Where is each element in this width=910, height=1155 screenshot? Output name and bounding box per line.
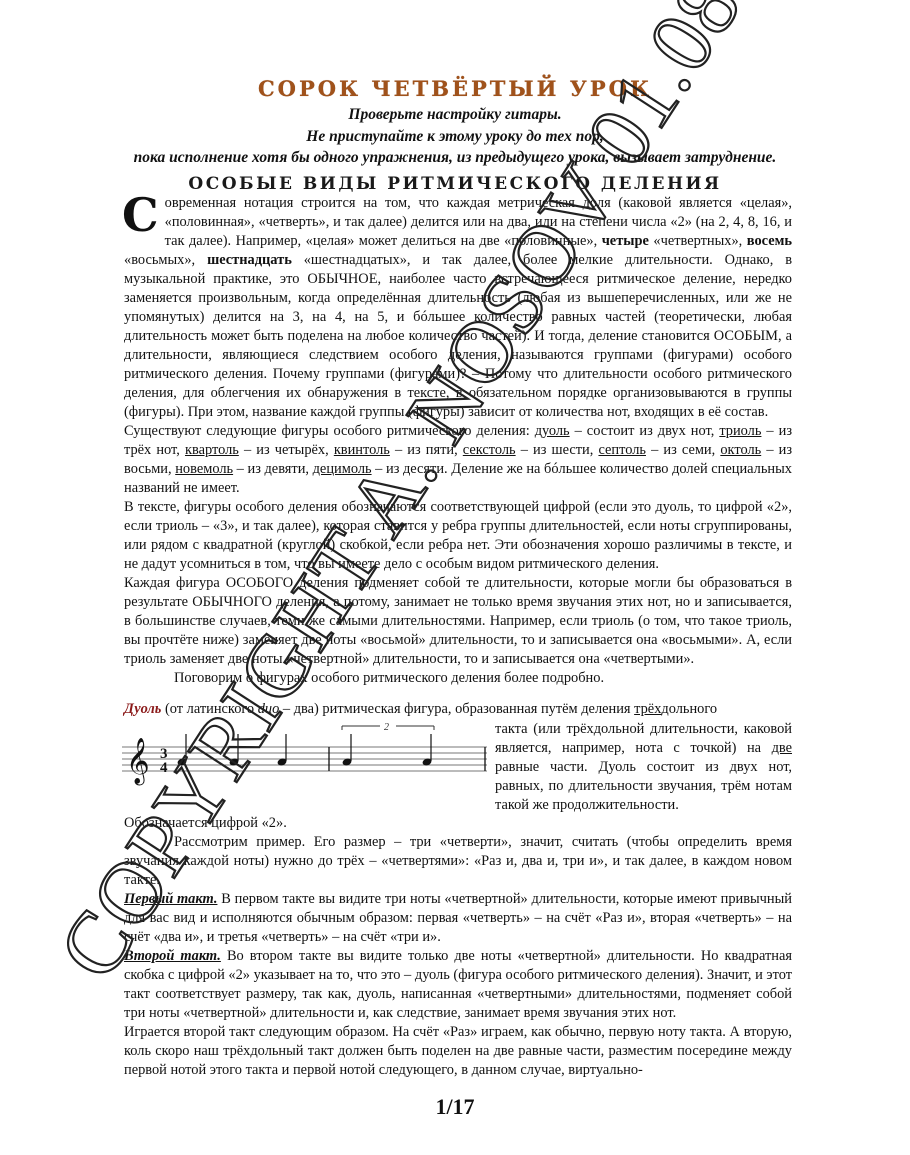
treble-clef-icon: 𝄞 bbox=[126, 738, 150, 786]
figure-name: квинтоль bbox=[334, 442, 390, 458]
page-number: 1/17 bbox=[0, 1094, 910, 1120]
figure-name: квартоль bbox=[185, 442, 239, 458]
body-text: Современная нотация строится на том, что… bbox=[124, 194, 792, 688]
music-notation: 𝄞 3 4 2 bbox=[122, 722, 487, 794]
music-staff-example: 𝄞 3 4 2 bbox=[122, 722, 487, 792]
measure-2-label: Второй такт. bbox=[124, 948, 221, 964]
figure-name: децимоль bbox=[313, 461, 372, 477]
figure-name: септоль bbox=[598, 442, 646, 458]
paragraph-measure-1: Первый такт. В первом такте вы видите тр… bbox=[124, 890, 792, 947]
lesson-notes: Проверьте настройку гитары. Не приступай… bbox=[0, 104, 910, 169]
paragraph-transition: Поговорим о фигурах особого ритмического… bbox=[124, 669, 792, 688]
lesson-title: СОРОК ЧЕТВЁРТЫЙ УРОК bbox=[0, 76, 910, 101]
paragraph-example: Рассмотрим пример. Его размер – три «чет… bbox=[124, 833, 792, 890]
duol-description: такта (или трёхдольной длительности, как… bbox=[495, 720, 792, 815]
measure-1-label: Первый такт. bbox=[124, 891, 217, 907]
note-line: пока исполнение хотя бы одного упражнени… bbox=[0, 147, 910, 169]
duol-heading-line: Дуоль (от латинского duo – два) ритмичес… bbox=[124, 700, 792, 719]
paragraph-playing: Играется второй такт следующим образом. … bbox=[124, 1023, 792, 1080]
paragraph-notation: В тексте, фигуры особого деления обознач… bbox=[124, 498, 792, 574]
note-line: Проверьте настройку гитары. bbox=[0, 104, 910, 126]
duol-designation: Обозначается цифрой «2». bbox=[124, 814, 792, 833]
paragraph-substitution: Каждая фигура ОСОБОГО деления подменяет … bbox=[124, 574, 792, 669]
figure-name: новемоль bbox=[175, 461, 233, 477]
paragraph-measure-2: Второй такт. Во втором такте вы видите т… bbox=[124, 947, 792, 1023]
note-line: Не приступайте к этому уроку до тех пор, bbox=[0, 126, 910, 148]
paragraph-intro: Современная нотация строится на том, что… bbox=[124, 194, 792, 422]
figure-name: триоль bbox=[719, 423, 761, 439]
figure-name: секстоль bbox=[463, 442, 516, 458]
svg-text:𝄞: 𝄞 bbox=[126, 738, 150, 786]
drop-cap: С bbox=[122, 196, 159, 234]
paragraph-figures: Существуют следующие фигуры особого ритм… bbox=[124, 422, 792, 498]
figure-name: октоль bbox=[720, 442, 761, 458]
duol-term: Дуоль bbox=[124, 701, 161, 717]
svg-text:2: 2 bbox=[384, 722, 389, 733]
section-title: ОСОБЫЕ ВИДЫ РИТМИЧЕСКОГО ДЕЛЕНИЯ bbox=[110, 174, 800, 194]
example-text: Обозначается цифрой «2». Рассмотрим прим… bbox=[124, 814, 792, 1080]
figure-name: дуоль bbox=[535, 423, 570, 439]
document-page: СОРОК ЧЕТВЁРТЫЙ УРОК Проверьте настройку… bbox=[0, 0, 910, 1155]
svg-text:4: 4 bbox=[160, 760, 168, 776]
